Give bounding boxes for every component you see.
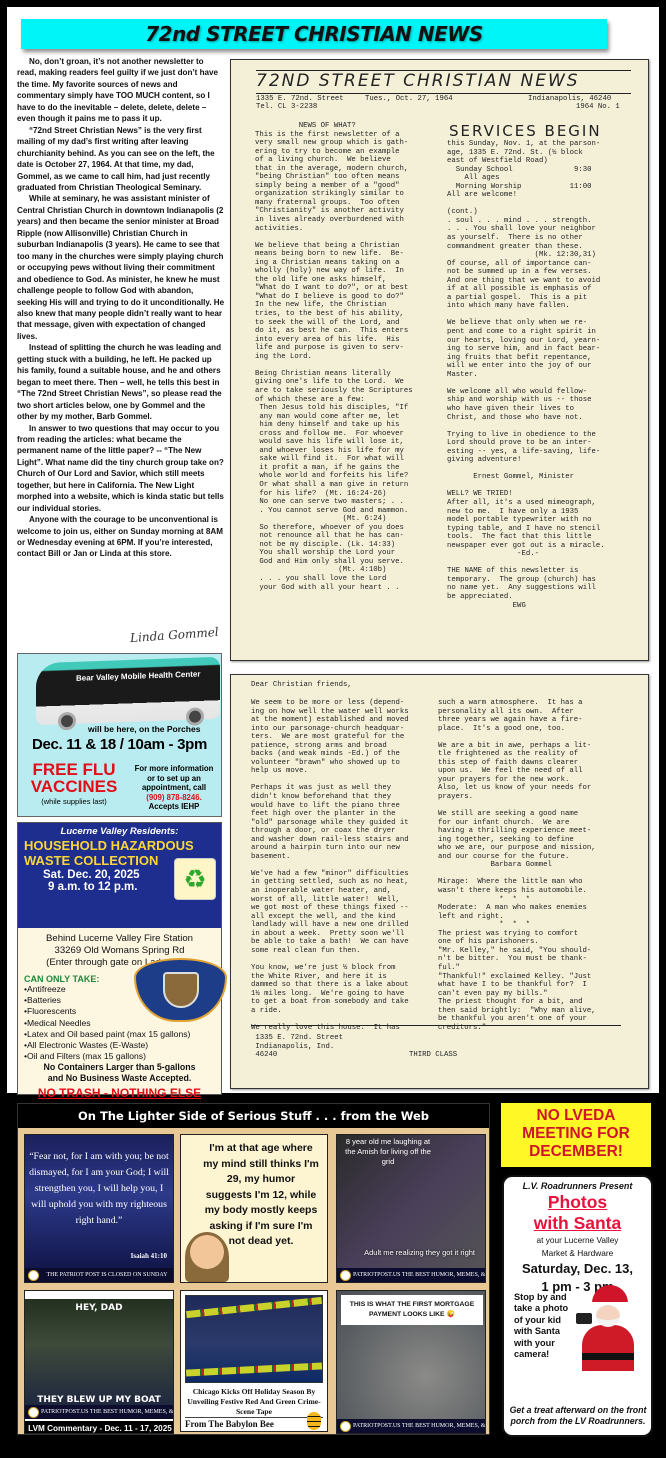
camera-icon xyxy=(576,1313,592,1324)
flu-dates: Dec. 11 & 18 / 10am - 3pm xyxy=(18,736,221,753)
flu-note: (while supplies last) xyxy=(24,797,124,806)
santa-presenter: L.V. Roadrunners Present xyxy=(504,1181,651,1191)
babylon-bee-tile: Chicago Kicks Off Holiday Season By Unve… xyxy=(180,1290,328,1432)
joke-text: I'm at that age where my mind still thin… xyxy=(203,1141,319,1250)
newsletter-issue: 1964 No. 1 xyxy=(576,103,620,112)
santa-call-to-action: Stop by and take a photo of your kid wit… xyxy=(514,1292,576,1360)
age-joke-tile: I'm at that age where my mind still thin… xyxy=(180,1134,328,1283)
no-meeting-notice: NO LVEDA MEETING FOR DECEMBER! xyxy=(501,1103,651,1167)
recycle-mascot-icon: ♻ xyxy=(174,858,216,900)
santa-title-line: with Santa xyxy=(504,1214,651,1233)
santa-body-icon xyxy=(582,1325,634,1377)
santa-treat-note: Get a treat afterward on the front porch… xyxy=(508,1405,648,1427)
santa-figure-icon xyxy=(576,1285,638,1377)
lighter-side-section: On The Lighter Side of Serious Stuff . .… xyxy=(17,1103,490,1435)
newsletter-scan-page-1: 72ND STREET CHRISTIAN NEWS 1335 E. 72nd.… xyxy=(230,59,649,661)
flu-headline: FREE FLU VACCINES xyxy=(24,761,124,795)
list-item: All Electronic Wastes (E-Waste) xyxy=(24,1040,221,1051)
santa-photos-ad: L.V. Roadrunners Present Photos with San… xyxy=(502,1175,653,1437)
intro-article: No, don’t groan, it’s not another newsle… xyxy=(17,56,225,560)
crime-scene-photo xyxy=(185,1295,323,1383)
santa-belt-icon xyxy=(582,1353,634,1360)
intro-paragraph: Anyone with the courage to be unconventi… xyxy=(17,514,225,560)
bus-label: Bear Valley Mobile Health Center xyxy=(76,669,201,682)
tile-footer: PATRIOTPOST.US THE BEST HUMOR, MEMES, & … xyxy=(337,1419,485,1433)
address-line: Behind Lucerne Valley Fire Station xyxy=(18,933,221,945)
meme-top-caption: 8 year old me laughing at the Amish for … xyxy=(343,1137,433,1167)
meme-caption: THIS IS WHAT THE FIRST MORTGAGE PAYMENT … xyxy=(341,1295,483,1325)
flu-vaccine-ad: Bear Valley Mobile Health Center will be… xyxy=(17,653,222,817)
commentary-label: LVM Commentary - Dec. 11 - 17, 2025 xyxy=(24,1421,174,1434)
letter-left-column: We seem to be more or less (depend- ing … xyxy=(251,699,409,1032)
masthead: 72nd STREET CHRISTIAN NEWS xyxy=(21,19,607,49)
masthead-title: 72nd STREET CHRISTIAN NEWS xyxy=(145,22,483,46)
wheel-icon xyxy=(58,712,76,731)
letter-greeting: Dear Christian friends, xyxy=(251,681,352,690)
santa-date: Saturday, Dec. 13, xyxy=(504,1261,651,1276)
santa-face-icon xyxy=(596,1305,620,1327)
tile-footer: THE PATRIOT POST IS CLOSED ON SUNDAY xyxy=(25,1268,173,1282)
newsletter-title: 72ND STREET CHRISTIAN NEWS xyxy=(256,70,631,91)
hazard-restriction: and No Business Waste Accepted. xyxy=(18,1073,221,1084)
flu-accepts: Accepts IEHP xyxy=(126,802,222,812)
newsletter-left-column: NEWS OF WHAT? This is the first newslett… xyxy=(255,122,413,592)
intro-paragraph: “72nd Street Christian News” is the very… xyxy=(17,125,225,194)
intro-paragraph: Instead of splitting the church he was l… xyxy=(17,342,225,422)
tile-footer: PATRIOTPOST.US THE BEST HUMOR, MEMES, & … xyxy=(25,1405,173,1419)
postage-class: THIRD CLASS xyxy=(409,1051,457,1060)
divider xyxy=(251,1025,621,1026)
crime-tape xyxy=(186,1297,322,1318)
bus-image: Bear Valley Mobile Health Center xyxy=(36,657,220,725)
meme-top-caption: HEY, DAD xyxy=(25,1303,173,1313)
divider xyxy=(256,93,631,94)
hazard-title-line: HOUSEHOLD HAZARDOUS xyxy=(18,839,221,852)
newsletter-scan-page-2: Dear Christian friends, We seem to be mo… xyxy=(230,674,649,1089)
hazard-residents: Lucerne Valley Residents: xyxy=(18,826,221,837)
newsletter-date: Tues., Oct. 27, 1964 xyxy=(365,95,453,104)
flu-phone: (909) 878-8246. xyxy=(126,793,222,803)
santa-title-line: Photos xyxy=(504,1193,651,1212)
mailing-address: 1335 E. 72nd. Street Indianapolis, Ind. … xyxy=(251,1034,343,1060)
santa-location: Market & Hardware xyxy=(504,1248,651,1259)
flu-info-line: or to set up an xyxy=(126,774,222,784)
section-title: On The Lighter Side of Serious Stuff . .… xyxy=(18,1104,489,1128)
bee-source-label: From The Babylon Bee xyxy=(185,1419,274,1429)
letter-right-column: such a warm atmosphere. It has a persona… xyxy=(438,699,596,1032)
crime-tape xyxy=(186,1362,322,1376)
intro-paragraph: While at seminary, he was assistant mini… xyxy=(17,193,225,342)
address-line: 33269 Old Womans Spring Rd xyxy=(18,945,221,957)
bee-source: From The Babylon Bee xyxy=(185,1417,323,1429)
services-heading: SERVICES BEGIN xyxy=(449,122,602,140)
intro-paragraph: No, don’t groan, it’s not another newsle… xyxy=(17,56,225,125)
flu-info: For more information or to set up an app… xyxy=(126,764,222,812)
meme-bottom-caption: Adult me realizing they got it right xyxy=(364,1248,475,1258)
flu-location: will be here, on the Porches xyxy=(88,724,200,734)
intro-paragraph: In answer to two questions that may occu… xyxy=(17,423,225,515)
laughing-man-icon xyxy=(185,1232,229,1282)
bee-logo-icon xyxy=(307,1412,321,1430)
bible-verse-tile: “Fear not, for I am with you; be not dis… xyxy=(24,1134,174,1283)
list-item: Oil and Filters (max 15 gallons) xyxy=(24,1051,221,1062)
meme-bottom-caption: THEY BLEW UP MY BOAT xyxy=(25,1395,173,1405)
newsletter-phone: Tel. CL 3-2238 xyxy=(256,103,317,112)
hazard-header: Lucerne Valley Residents: HOUSEHOLD HAZA… xyxy=(18,823,221,928)
tile-footer: PATRIOTPOST.US THE BEST HUMOR, MEMES, & … xyxy=(337,1268,485,1282)
verse-reference: Isaiah 41:10 xyxy=(131,1248,167,1264)
flu-info-line: For more information xyxy=(126,764,222,774)
list-item: Latex and Oil based paint (max 15 gallon… xyxy=(24,1029,221,1040)
flu-info-line: appointment, call xyxy=(126,783,222,793)
santa-hat-icon xyxy=(592,1285,628,1307)
hazard-restriction: No Containers Larger than 5-gallons xyxy=(18,1062,221,1073)
verse-text: “Fear not, for I am with you; be not dis… xyxy=(29,1149,169,1229)
boat-meme-tile: HEY, DAD THEY BLEW UP MY BOAT PATRIOTPOS… xyxy=(24,1290,174,1434)
santa-location: at your Lucerne Valley xyxy=(504,1235,651,1246)
bee-headline: Chicago Kicks Off Holiday Season By Unve… xyxy=(185,1387,323,1417)
hazard-warning: NO TRASH - NOTHING ELSE xyxy=(18,1086,221,1100)
hazardous-waste-ad: Lucerne Valley Residents: HOUSEHOLD HAZA… xyxy=(17,822,222,1095)
amish-meme-tile: 8 year old me laughing at the Amish for … xyxy=(336,1134,486,1283)
mortgage-meme-tile: THIS IS WHAT THE FIRST MORTGAGE PAYMENT … xyxy=(336,1290,486,1434)
newsletter-right-column: this Sunday, Nov. 1, at the parson- age,… xyxy=(447,140,605,610)
